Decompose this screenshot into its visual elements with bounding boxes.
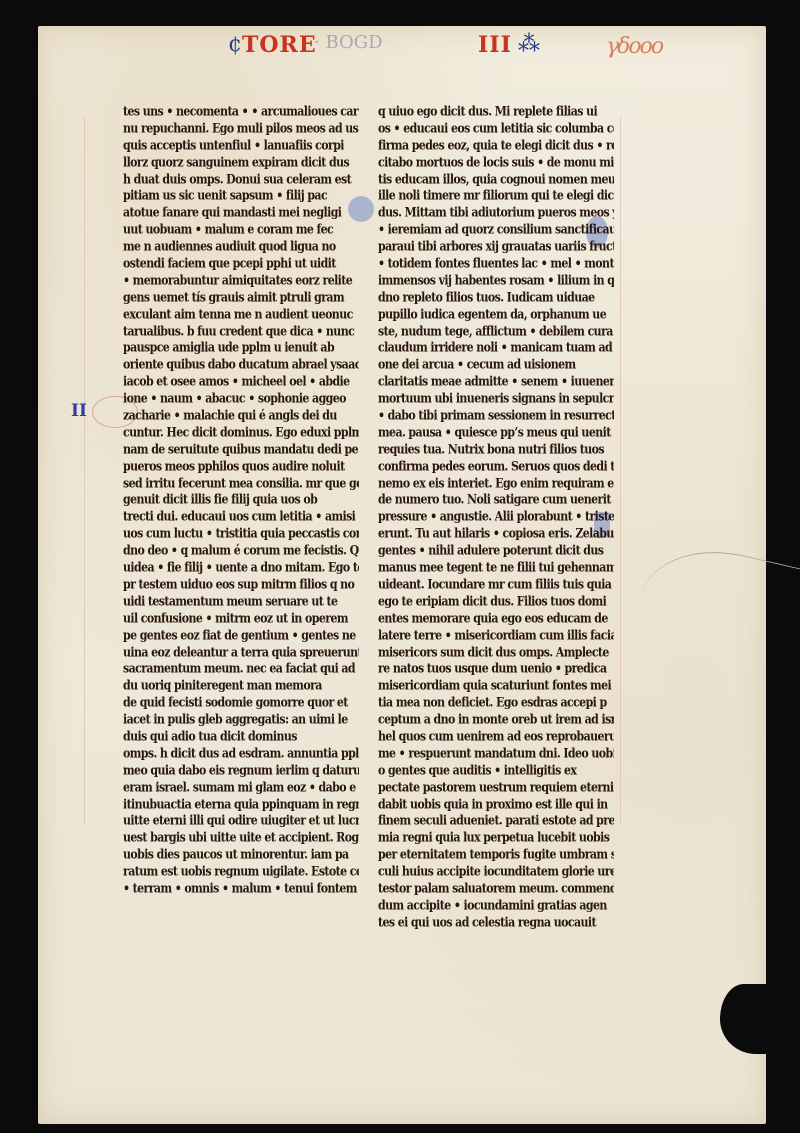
top-right-pen-flourish: γδοοο [606, 34, 756, 64]
text-column-left: tes uns • necomenta • • arcumalioues car… [123, 104, 359, 898]
running-head-title: TORE [242, 32, 317, 58]
text-column-right: q uiuo ego dicit dus. Mi replete filias … [378, 104, 614, 932]
page-fold-crease [638, 531, 800, 654]
ruling-line-left [84, 116, 85, 824]
manuscript-leaf: ¢ TORE · BOGD III ⁂ γδοοο II tes uns • n… [38, 26, 766, 1124]
text-line: • terram • omnis • malum • tenui fontem [123, 880, 359, 899]
running-head-book-number: III [478, 32, 512, 58]
ruling-line-right [620, 116, 621, 824]
running-head-blue-flourish-right: ⁂ [518, 32, 540, 57]
chapter-margin-number: II [71, 401, 87, 421]
running-head-blue-flourish: ¢ [228, 32, 242, 57]
running-head-faded-text: · BOGD [314, 32, 383, 53]
text-line: tes ei qui uos ad celestia regna uocauit [378, 913, 614, 932]
running-head: ¢ TORE · BOGD III ⁂ [228, 32, 568, 58]
